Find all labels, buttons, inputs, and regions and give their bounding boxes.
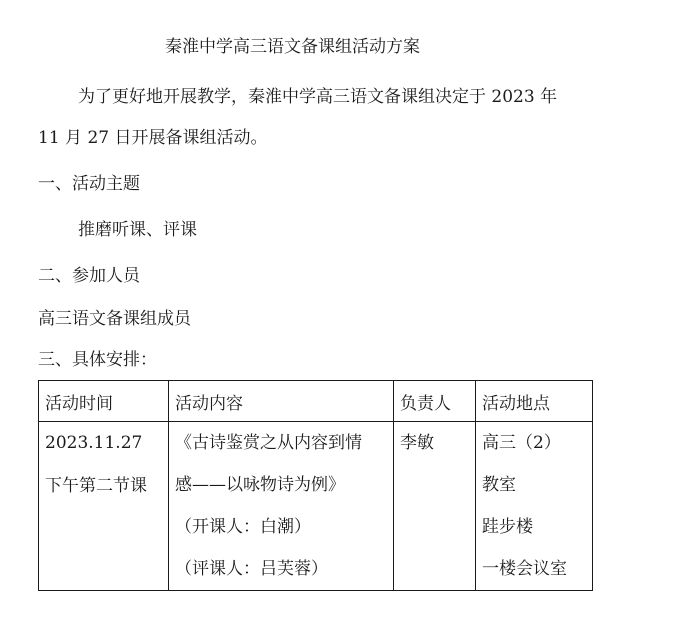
cell-owner: 李敏 <box>394 422 476 591</box>
owner-name: 李敏 <box>400 422 469 464</box>
schedule-table: 活动时间 活动内容 负责人 活动地点 2023.11.27 下午第二节课 《古诗… <box>38 380 593 591</box>
header-owner: 负责人 <box>394 381 476 422</box>
intro-paragraph-line-1: 为了更好地开展教学，秦淮中学高三语文备课组决定于 2023 年 <box>78 86 557 108</box>
cell-content: 《古诗鉴赏之从内容到情 感——以咏物诗为例》 （开课人：白潮） （评课人：吕芙蓉… <box>169 422 394 591</box>
section-1-content: 推磨听课、评课 <box>78 219 197 241</box>
table-row: 2023.11.27 下午第二节课 《古诗鉴赏之从内容到情 感——以咏物诗为例》… <box>39 422 593 591</box>
location-line-2: 教室 <box>482 464 586 506</box>
section-3-heading: 三、具体安排： <box>38 349 157 371</box>
document-title: 秦淮中学高三语文备课组活动方案 <box>165 36 420 58</box>
section-2-content: 高三语文备课组成员 <box>38 308 191 330</box>
content-line-3: （开课人：白潮） <box>175 506 387 548</box>
time-date: 2023.11.27 <box>45 422 162 464</box>
location-line-4: 一楼会议室 <box>482 548 586 590</box>
cell-location: 高三（2） 教室 跬步楼 一楼会议室 <box>476 422 593 591</box>
content-line-4: （评课人：吕芙蓉） <box>175 548 387 590</box>
intro-paragraph-line-2: 11 月 27 日开展备课组活动。 <box>38 127 267 149</box>
section-1-heading: 一、活动主题 <box>38 173 140 195</box>
table-header-row: 活动时间 活动内容 负责人 活动地点 <box>39 381 593 422</box>
header-location: 活动地点 <box>476 381 593 422</box>
content-line-2: 感——以咏物诗为例》 <box>175 464 387 506</box>
header-time: 活动时间 <box>39 381 169 422</box>
header-content: 活动内容 <box>169 381 394 422</box>
cell-time: 2023.11.27 下午第二节课 <box>39 422 169 591</box>
time-period: 下午第二节课 <box>45 464 162 508</box>
location-line-3: 跬步楼 <box>482 506 586 548</box>
location-line-1: 高三（2） <box>482 422 586 464</box>
section-2-heading: 二、参加人员 <box>38 265 140 287</box>
content-line-1: 《古诗鉴赏之从内容到情 <box>175 422 387 464</box>
